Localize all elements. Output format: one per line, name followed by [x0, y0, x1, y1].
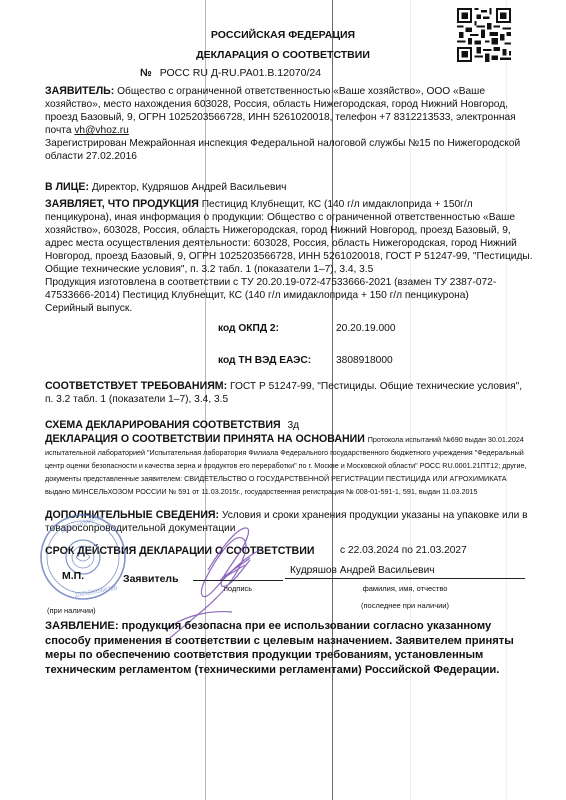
- okpd-code-row: код ОКПД 2:: [218, 323, 279, 334]
- product-release: Серийный выпуск.: [45, 303, 132, 314]
- representative-label: В ЛИЦЕ:: [45, 181, 89, 193]
- tnved-value: 3808918000: [336, 355, 393, 366]
- validity-value: с 22.03.2024 по 21.03.2027: [340, 545, 467, 556]
- product-text: Пестицид Клубнещит, КС (140 г/л имдаклоп…: [45, 199, 533, 275]
- name-caption: фамилия, имя, отчество: [285, 584, 525, 593]
- applicant-section: ЗАЯВИТЕЛЬ: Общество с ограниченной ответ…: [45, 85, 533, 163]
- scheme-label: СХЕМА ДЕКЛАРИРОВАНИЯ СООТВЕТСТВИЯ: [45, 419, 281, 431]
- svg-text:Ваше хозяйство: Ваше хозяйство: [60, 513, 105, 535]
- okpd-label: код ОКПД 2:: [218, 323, 279, 334]
- product-section: ЗАЯВЛЯЕТ, ЧТО ПРОДУКЦИЯ Пестицид Клубнещ…: [45, 198, 533, 315]
- number-label: №: [140, 67, 152, 79]
- mp-label: М.П.: [62, 570, 84, 582]
- applicant-label: ЗАЯВИТЕЛЬ:: [45, 85, 114, 97]
- declaration-statement: ЗАЯВЛЕНИЕ: продукция безопасна при ее ис…: [45, 619, 525, 677]
- representative-section: В ЛИЦЕ: Директор, Кудряшов Андрей Василь…: [45, 181, 533, 194]
- number-value: РОСС RU Д-RU.PA01.B.12070/24: [160, 67, 321, 79]
- okpd-value: 20.20.19.000: [336, 323, 395, 334]
- declaration-number: №РОСС RU Д-RU.PA01.B.12070/24: [140, 67, 321, 79]
- name-line: [285, 578, 525, 579]
- signature-line: [193, 580, 283, 581]
- tnved-label: код ТН ВЭД ЕАЭС:: [218, 355, 311, 366]
- product-label: ЗАЯВЛЯЕТ, ЧТО ПРОДУКЦИЯ: [45, 198, 199, 210]
- requirements-section: СООТВЕТСТВУЕТ ТРЕБОВАНИЯМ: ГОСТ Р 51247-…: [45, 380, 533, 406]
- basis-section: ДЕКЛАРАЦИЯ О СООТВЕТСТВИИ ПРИНЯТА НА ОСН…: [45, 433, 533, 498]
- applicant-registration: Зарегистрирован Межрайонная инспекция Фе…: [45, 138, 520, 162]
- signatory-name: Кудряшов Андрей Васильевич: [290, 565, 435, 576]
- tnved-code-row: код ТН ВЭД ЕАЭС:: [218, 355, 311, 366]
- basis-label: ДЕКЛАРАЦИЯ О СООТВЕТСТВИИ ПРИНЯТА НА ОСН…: [45, 433, 365, 445]
- official-stamp-icon: Ваше хозяйство 1025203566728: [38, 505, 128, 610]
- country-heading: РОССИЙСКАЯ ФЕДЕРАЦИЯ: [0, 29, 566, 41]
- scheme-value: 3д: [288, 420, 300, 431]
- product-manufactured: Продукция изготовлена в соответствии с Т…: [45, 277, 496, 301]
- signature-caption: подпись: [193, 584, 283, 593]
- document-title: ДЕКЛАРАЦИЯ О СООТВЕТСТВИИ: [0, 49, 566, 61]
- applicant-email-link[interactable]: vh@vhoz.ru: [74, 125, 129, 136]
- applicant-sign-label: Заявитель: [123, 573, 179, 585]
- representative-text: Директор, Кудряшов Андрей Васильевич: [92, 182, 287, 193]
- name-note: (последнее при наличии): [285, 601, 525, 610]
- scheme-section: СХЕМА ДЕКЛАРИРОВАНИЯ СООТВЕТСТВИЯ 3д: [45, 419, 533, 432]
- mp-note: (при наличии): [47, 606, 96, 615]
- requirements-label: СООТВЕТСТВУЕТ ТРЕБОВАНИЯМ:: [45, 380, 227, 392]
